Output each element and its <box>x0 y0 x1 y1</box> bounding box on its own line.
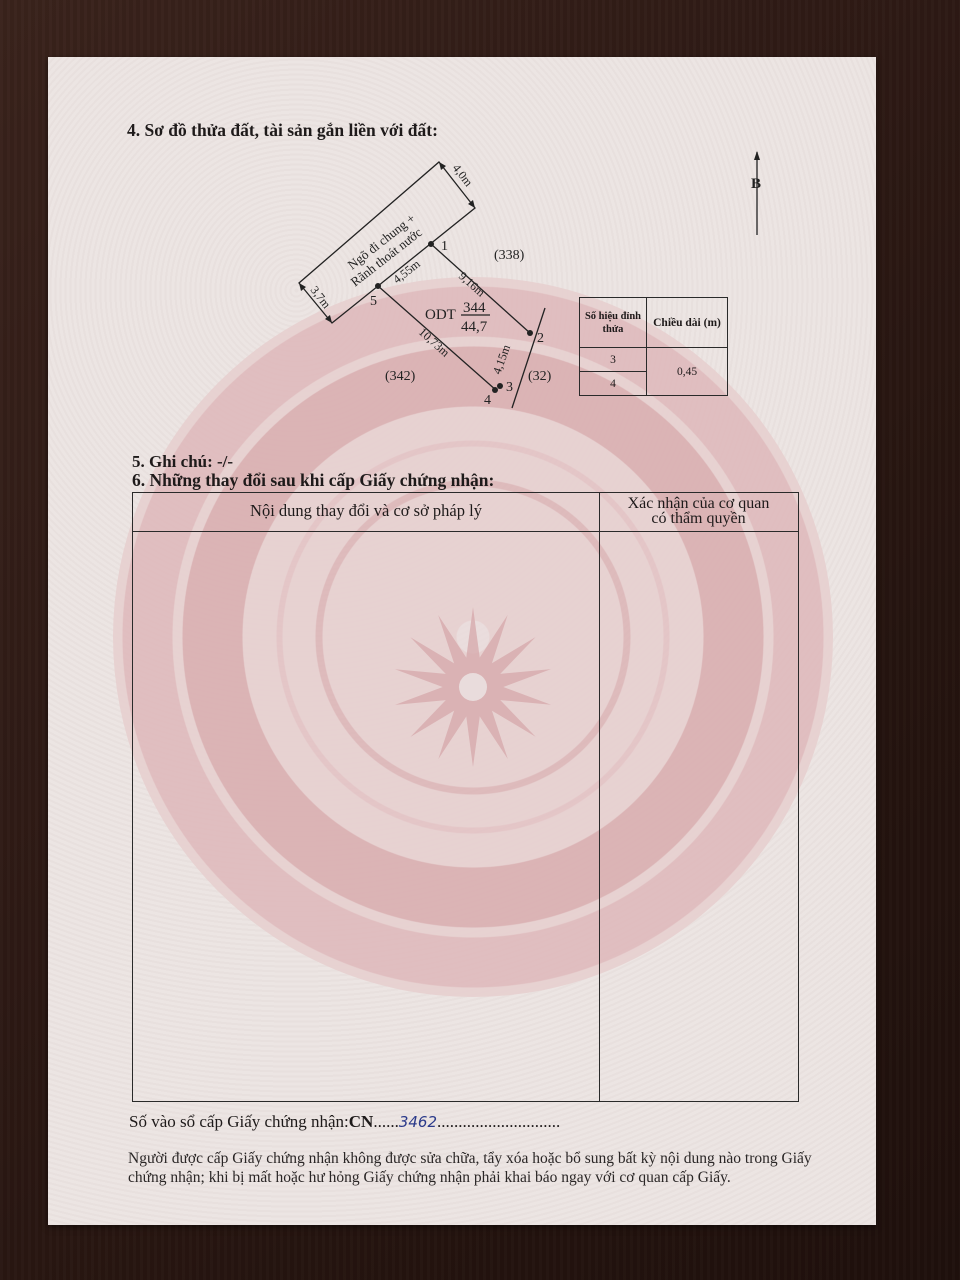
changes-col2-header-line1: Xác nhận của cơ quan <box>599 496 798 511</box>
edge-5-1-length: 4,55m <box>390 256 423 286</box>
vertex-label-4: 4 <box>484 393 491 408</box>
vertex-table-length-cell: 0,45 <box>647 348 728 396</box>
column-divider <box>599 493 600 1101</box>
vertex-label-5: 5 <box>370 294 377 309</box>
north-arrow-icon: B <box>751 151 761 235</box>
dotted-leader: ...... <box>373 1112 399 1131</box>
parcel-number: 344 <box>463 300 486 316</box>
changes-col1-header: Nội dung thay đổi và cơ sở pháp lý <box>133 501 599 521</box>
parcel-diagram: 1 2 3 4 5 (338) (32) (342) ODT 344 44,7 … <box>0 0 960 420</box>
vertex-table-cell: 3 <box>580 348 647 372</box>
header-divider <box>133 531 798 532</box>
neighbor-338: (338) <box>494 248 525 263</box>
svg-text:B: B <box>751 176 761 192</box>
vertex-table-cell: 4 <box>580 372 647 396</box>
section-5-notes: 5. Ghi chú: -/- <box>132 452 233 472</box>
legal-notice: Người được cấp Giấy chứng nhận không đượ… <box>128 1149 818 1187</box>
handwritten-registry-number: 3462 <box>399 1113 437 1131</box>
vertex-label-3: 3 <box>506 380 513 395</box>
vertex-length-table: Số hiệu đỉnh thửa Chiều dài (m) 3 0,45 4 <box>579 297 728 396</box>
parcel-area: 44,7 <box>461 319 488 335</box>
edge-2-3-length: 4,15m <box>490 342 514 376</box>
vertex-table-header-vertex: Số hiệu đỉnh thửa <box>580 298 647 348</box>
edge-1-2-length: 9,16m <box>456 269 488 300</box>
section-6-title: 6. Những thay đổi sau khi cấp Giấy chứng… <box>132 470 494 491</box>
registry-label: Số vào sổ cấp Giấy chứng nhận: <box>129 1112 349 1131</box>
parcel-type: ODT <box>425 307 456 323</box>
changes-col2-header: Xác nhận của cơ quan có thẩm quyền <box>599 496 798 526</box>
changes-col2-header-line2: có thẩm quyền <box>599 511 798 526</box>
vertex-table-header-length: Chiều dài (m) <box>647 298 728 348</box>
vertex-label-2: 2 <box>537 331 544 346</box>
registry-prefix: CN <box>349 1112 374 1131</box>
edge-5-4-length: 10,73m <box>416 325 453 360</box>
registry-number-line: Số vào sổ cấp Giấy chứng nhận:CN......34… <box>129 1112 560 1132</box>
changes-table: Nội dung thay đổi và cơ sở pháp lý Xác n… <box>132 492 799 1102</box>
neighbor-32: (32) <box>528 369 552 384</box>
alley-width-top: 4,0m <box>450 161 476 189</box>
vertex-label-1: 1 <box>441 239 448 254</box>
neighbor-342: (342) <box>385 369 416 384</box>
dotted-leader: ............................. <box>437 1112 560 1131</box>
